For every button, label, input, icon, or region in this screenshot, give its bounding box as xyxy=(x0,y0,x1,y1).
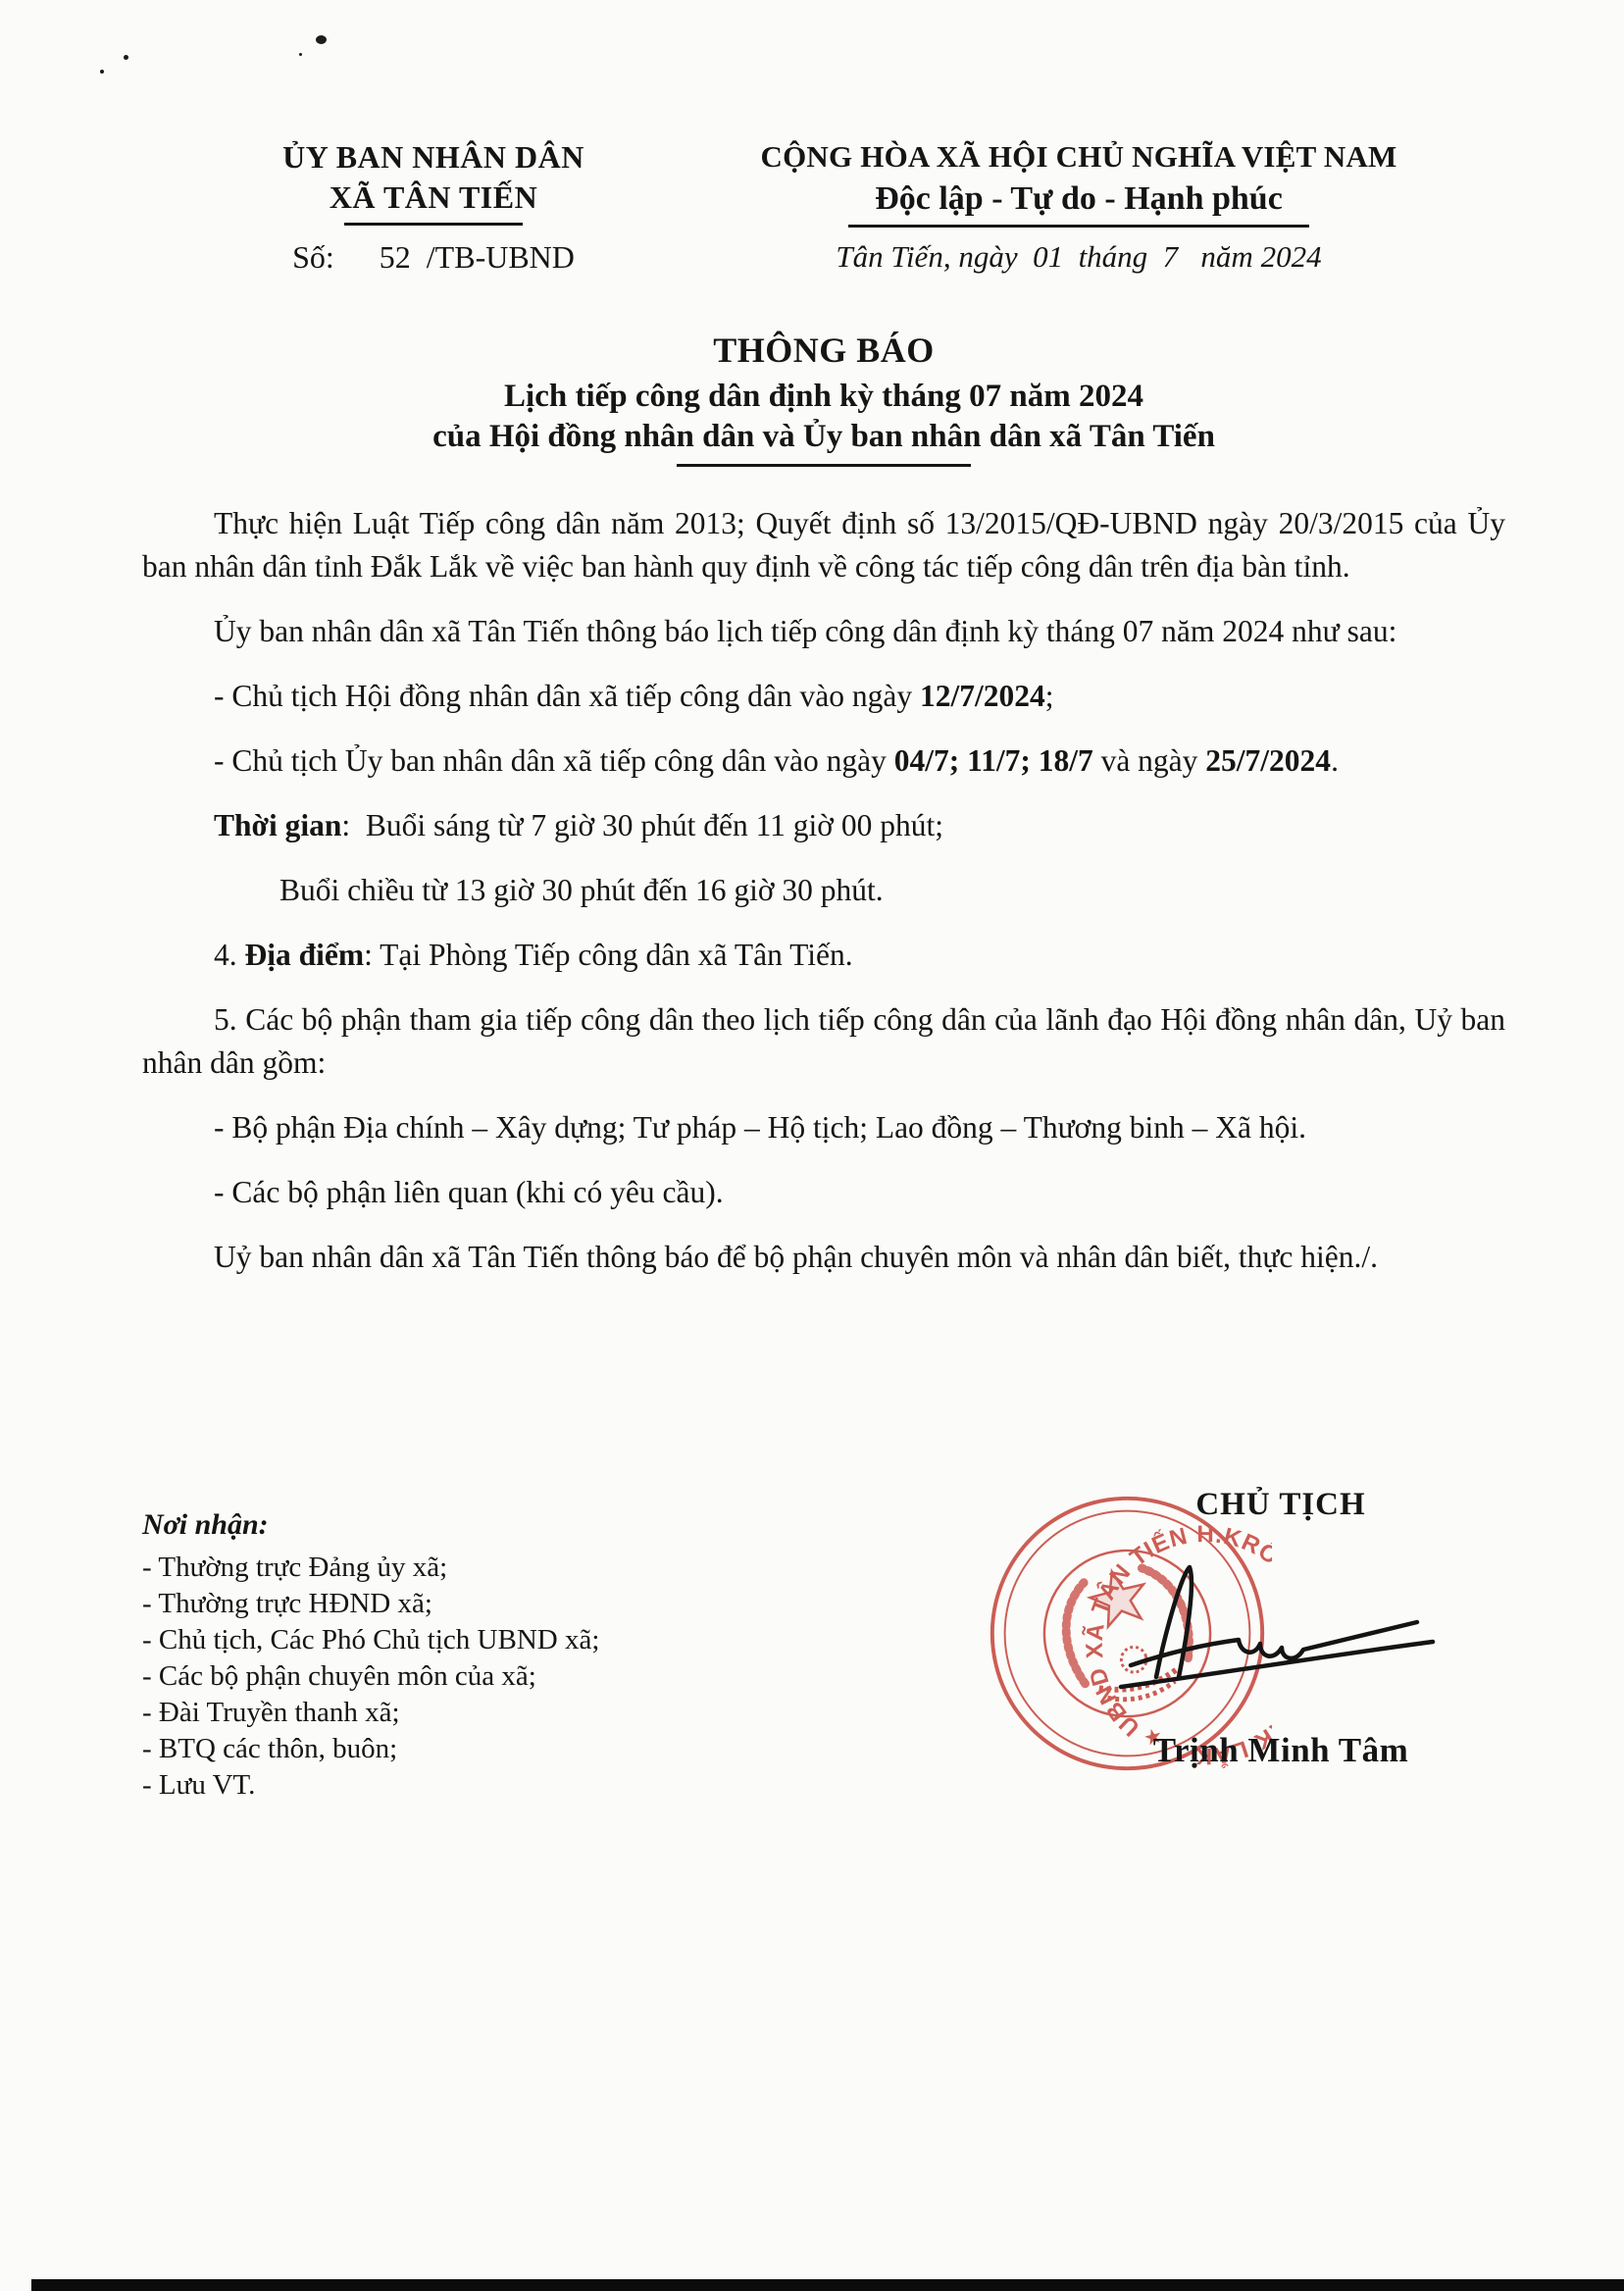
recipient-item: - Thường trực Đảng ủy xã; xyxy=(142,1550,652,1586)
issuing-authority-line2: XÃ TÂN TIẾN xyxy=(228,179,639,216)
recipient-item: - Các bộ phận chuyên môn của xã; xyxy=(142,1658,652,1695)
recipient-item: - Đài Truyền thanh xã; xyxy=(142,1695,652,1731)
document-title-block: THÔNG BÁO Lịch tiếp công dân định kỳ thá… xyxy=(137,330,1510,467)
paragraph: Thực hiện Luật Tiếp công dân năm 2013; Q… xyxy=(142,502,1505,588)
national-motto-block: CỘNG HÒA XÃ HỘI CHỦ NGHĨA VIỆT NAM Độc l… xyxy=(647,139,1510,275)
paragraph: - Chủ tịch Hội đồng nhân dân xã tiếp côn… xyxy=(142,675,1505,718)
document-number: Số:52/TB-UBND xyxy=(228,239,639,276)
paragraph: Buổi chiều từ 13 giờ 30 phút đến 16 giờ … xyxy=(142,869,1505,912)
document-number-value: 52 xyxy=(380,239,411,275)
document-subject-line2: của Hội đồng nhân dân và Ủy ban nhân dân… xyxy=(137,419,1510,455)
paragraph: 5. Các bộ phận tham gia tiếp công dân th… xyxy=(142,998,1505,1085)
paragraph: Ủy ban nhân dân xã Tân Tiến thông báo lị… xyxy=(142,610,1505,653)
country-name: CỘNG HÒA XÃ HỘI CHỦ NGHĨA VIỆT NAM xyxy=(647,139,1510,175)
signer-name: Trịnh Minh Tâm xyxy=(1085,1731,1477,1770)
ink-speck xyxy=(316,35,327,44)
recipients-heading: Nơi nhận: xyxy=(142,1508,652,1542)
recipient-item: - Lưu VT. xyxy=(142,1767,652,1804)
signature-block: CHỦ TỊCH Trịnh Minh Tâm xyxy=(1085,1487,1477,1770)
recipients-block: Nơi nhận: - Thường trực Đảng ủy xã;- Thư… xyxy=(142,1508,652,1804)
scan-edge-bar xyxy=(31,2279,1624,2291)
document-type-title: THÔNG BÁO xyxy=(137,330,1510,371)
body-paragraphs: Thực hiện Luật Tiếp công dân năm 2013; Q… xyxy=(142,502,1505,1300)
issuing-authority-block: ỦY BAN NHÂN DÂN XÃ TÂN TIẾN Số:52/TB-UBN… xyxy=(228,139,639,276)
recipients-list: - Thường trực Đảng ủy xã;- Thường trực H… xyxy=(142,1550,652,1804)
ink-speck xyxy=(299,53,302,56)
ink-speck xyxy=(100,70,104,74)
document-number-label: Số: xyxy=(292,239,334,275)
national-motto: Độc lập - Tự do - Hạnh phúc xyxy=(647,180,1510,218)
signer-title: CHỦ TỊCH xyxy=(1085,1487,1477,1523)
title-rule xyxy=(677,464,971,467)
header-left-rule xyxy=(344,223,523,226)
ink-speck xyxy=(124,55,128,60)
place-dateline: Tân Tiến, ngày 01 tháng 7 năm 2024 xyxy=(647,239,1510,275)
paragraph: - Các bộ phận liên quan (khi có yêu cầu)… xyxy=(142,1171,1505,1214)
recipient-item: - Thường trực HĐND xã; xyxy=(142,1586,652,1622)
paragraph: 4. Địa điểm: Tại Phòng Tiếp công dân xã … xyxy=(142,934,1505,977)
header-right-rule xyxy=(848,225,1309,228)
recipient-item: - Chủ tịch, Các Phó Chủ tịch UBND xã; xyxy=(142,1622,652,1658)
paragraph: Uỷ ban nhân dân xã Tân Tiến thông báo để… xyxy=(142,1236,1505,1279)
document-number-suffix: /TB-UBND xyxy=(427,239,575,275)
paragraph: - Chủ tịch Ủy ban nhân dân xã tiếp công … xyxy=(142,739,1505,783)
paragraph: - Bộ phận Địa chính – Xây dựng; Tư pháp … xyxy=(142,1106,1505,1149)
issuing-authority-line1: ỦY BAN NHÂN DÂN xyxy=(228,139,639,176)
paragraph: Thời gian: Buổi sáng từ 7 giờ 30 phút đế… xyxy=(142,804,1505,847)
document-page: ỦY BAN NHÂN DÂN XÃ TÂN TIẾN Số:52/TB-UBN… xyxy=(0,0,1624,2291)
recipient-item: - BTQ các thôn, buôn; xyxy=(142,1731,652,1767)
document-subject-line1: Lịch tiếp công dân định kỳ tháng 07 năm … xyxy=(137,379,1510,415)
